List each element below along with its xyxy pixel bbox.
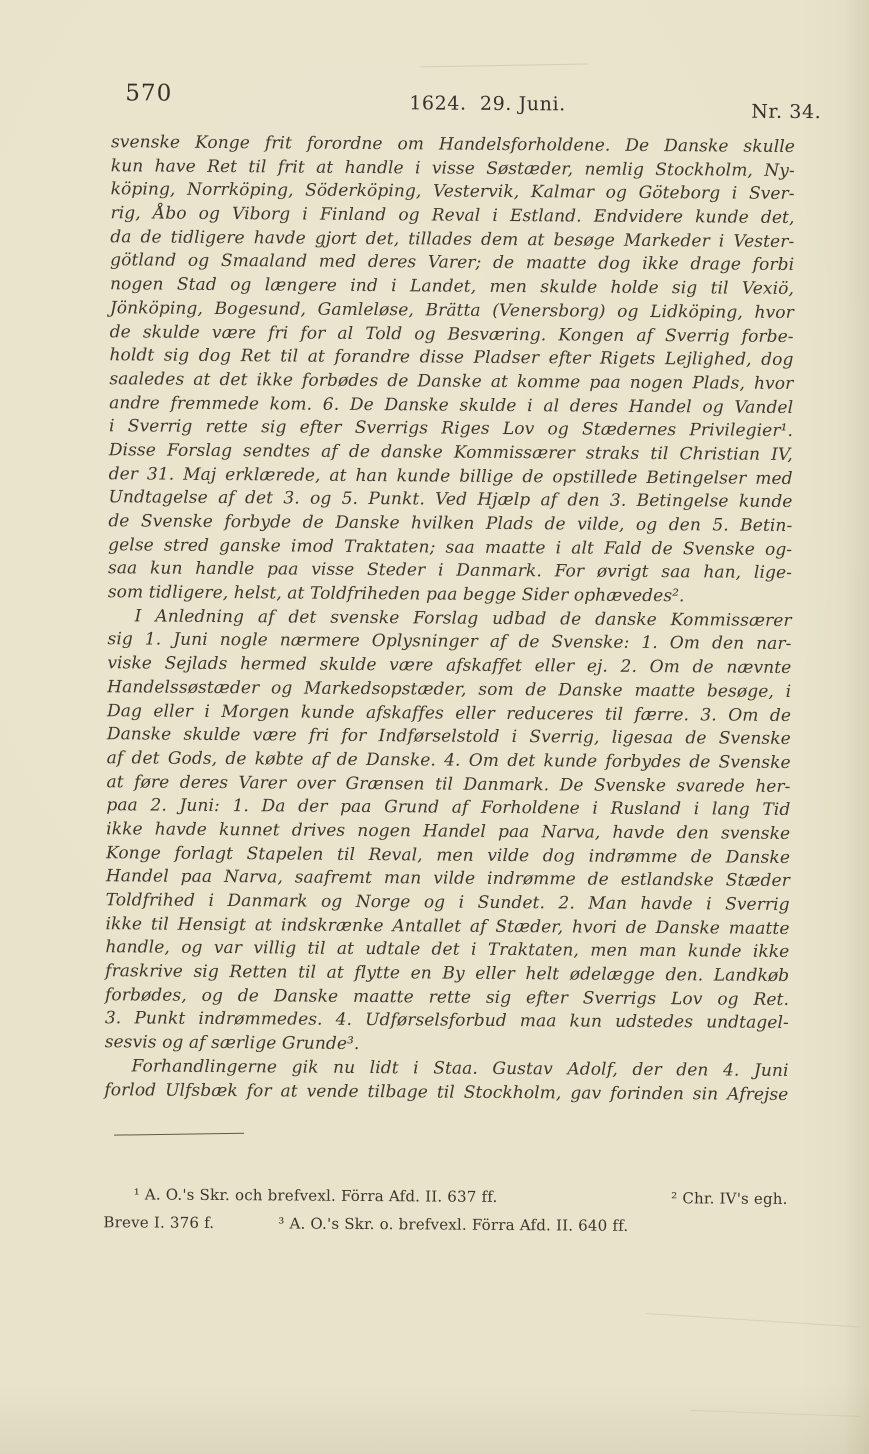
book-page: 570 1624. 29. Juni. Nr. 34. svenske Kong…	[0, 0, 869, 1454]
document-number: Nr. 34.	[751, 101, 821, 123]
footnote-1: ¹ A. O.'s Skr. och brefvexl. Förra Afd. …	[134, 1180, 498, 1211]
running-head-date: 1624. 29. Juni.	[409, 92, 566, 115]
page-number: 570	[125, 80, 172, 106]
footnote-separator	[114, 1133, 244, 1136]
crease-line	[690, 1410, 859, 1417]
footnote-3: ³ A. O.'s Skr. o. brefvexl. Förra Afd. I…	[278, 1209, 628, 1239]
footnote-2-start: ² Chr. IV's egh.	[671, 1184, 788, 1213]
footnote-line: Breve I. 376 f. ³ A. O.'s Skr. o. brefve…	[103, 1208, 787, 1241]
body-text: svenske Konge frit forordne om Handelsfo…	[104, 131, 795, 1107]
paragraph-inquiry: I Anledning af det svenske Forslag udbad…	[105, 605, 792, 1060]
footnote-2-end: Breve I. 376 f.	[103, 1208, 214, 1237]
page-content: 570 1624. 29. Juni. Nr. 34. svenske Kong…	[0, 0, 869, 1454]
crease-line	[646, 1313, 860, 1327]
text-line: forlod Ulfsbæk for at vende tilbage til …	[104, 1079, 788, 1107]
paragraph-negotiations: Forhandlingerne gik nu lidt i Staa. Gust…	[104, 1055, 788, 1107]
footnotes: ¹ A. O.'s Skr. och brefvexl. Förra Afd. …	[103, 1180, 787, 1241]
crease-line	[420, 63, 588, 67]
paragraph-continuation: svenske Konge frit forordne om Handelsfo…	[108, 131, 795, 610]
